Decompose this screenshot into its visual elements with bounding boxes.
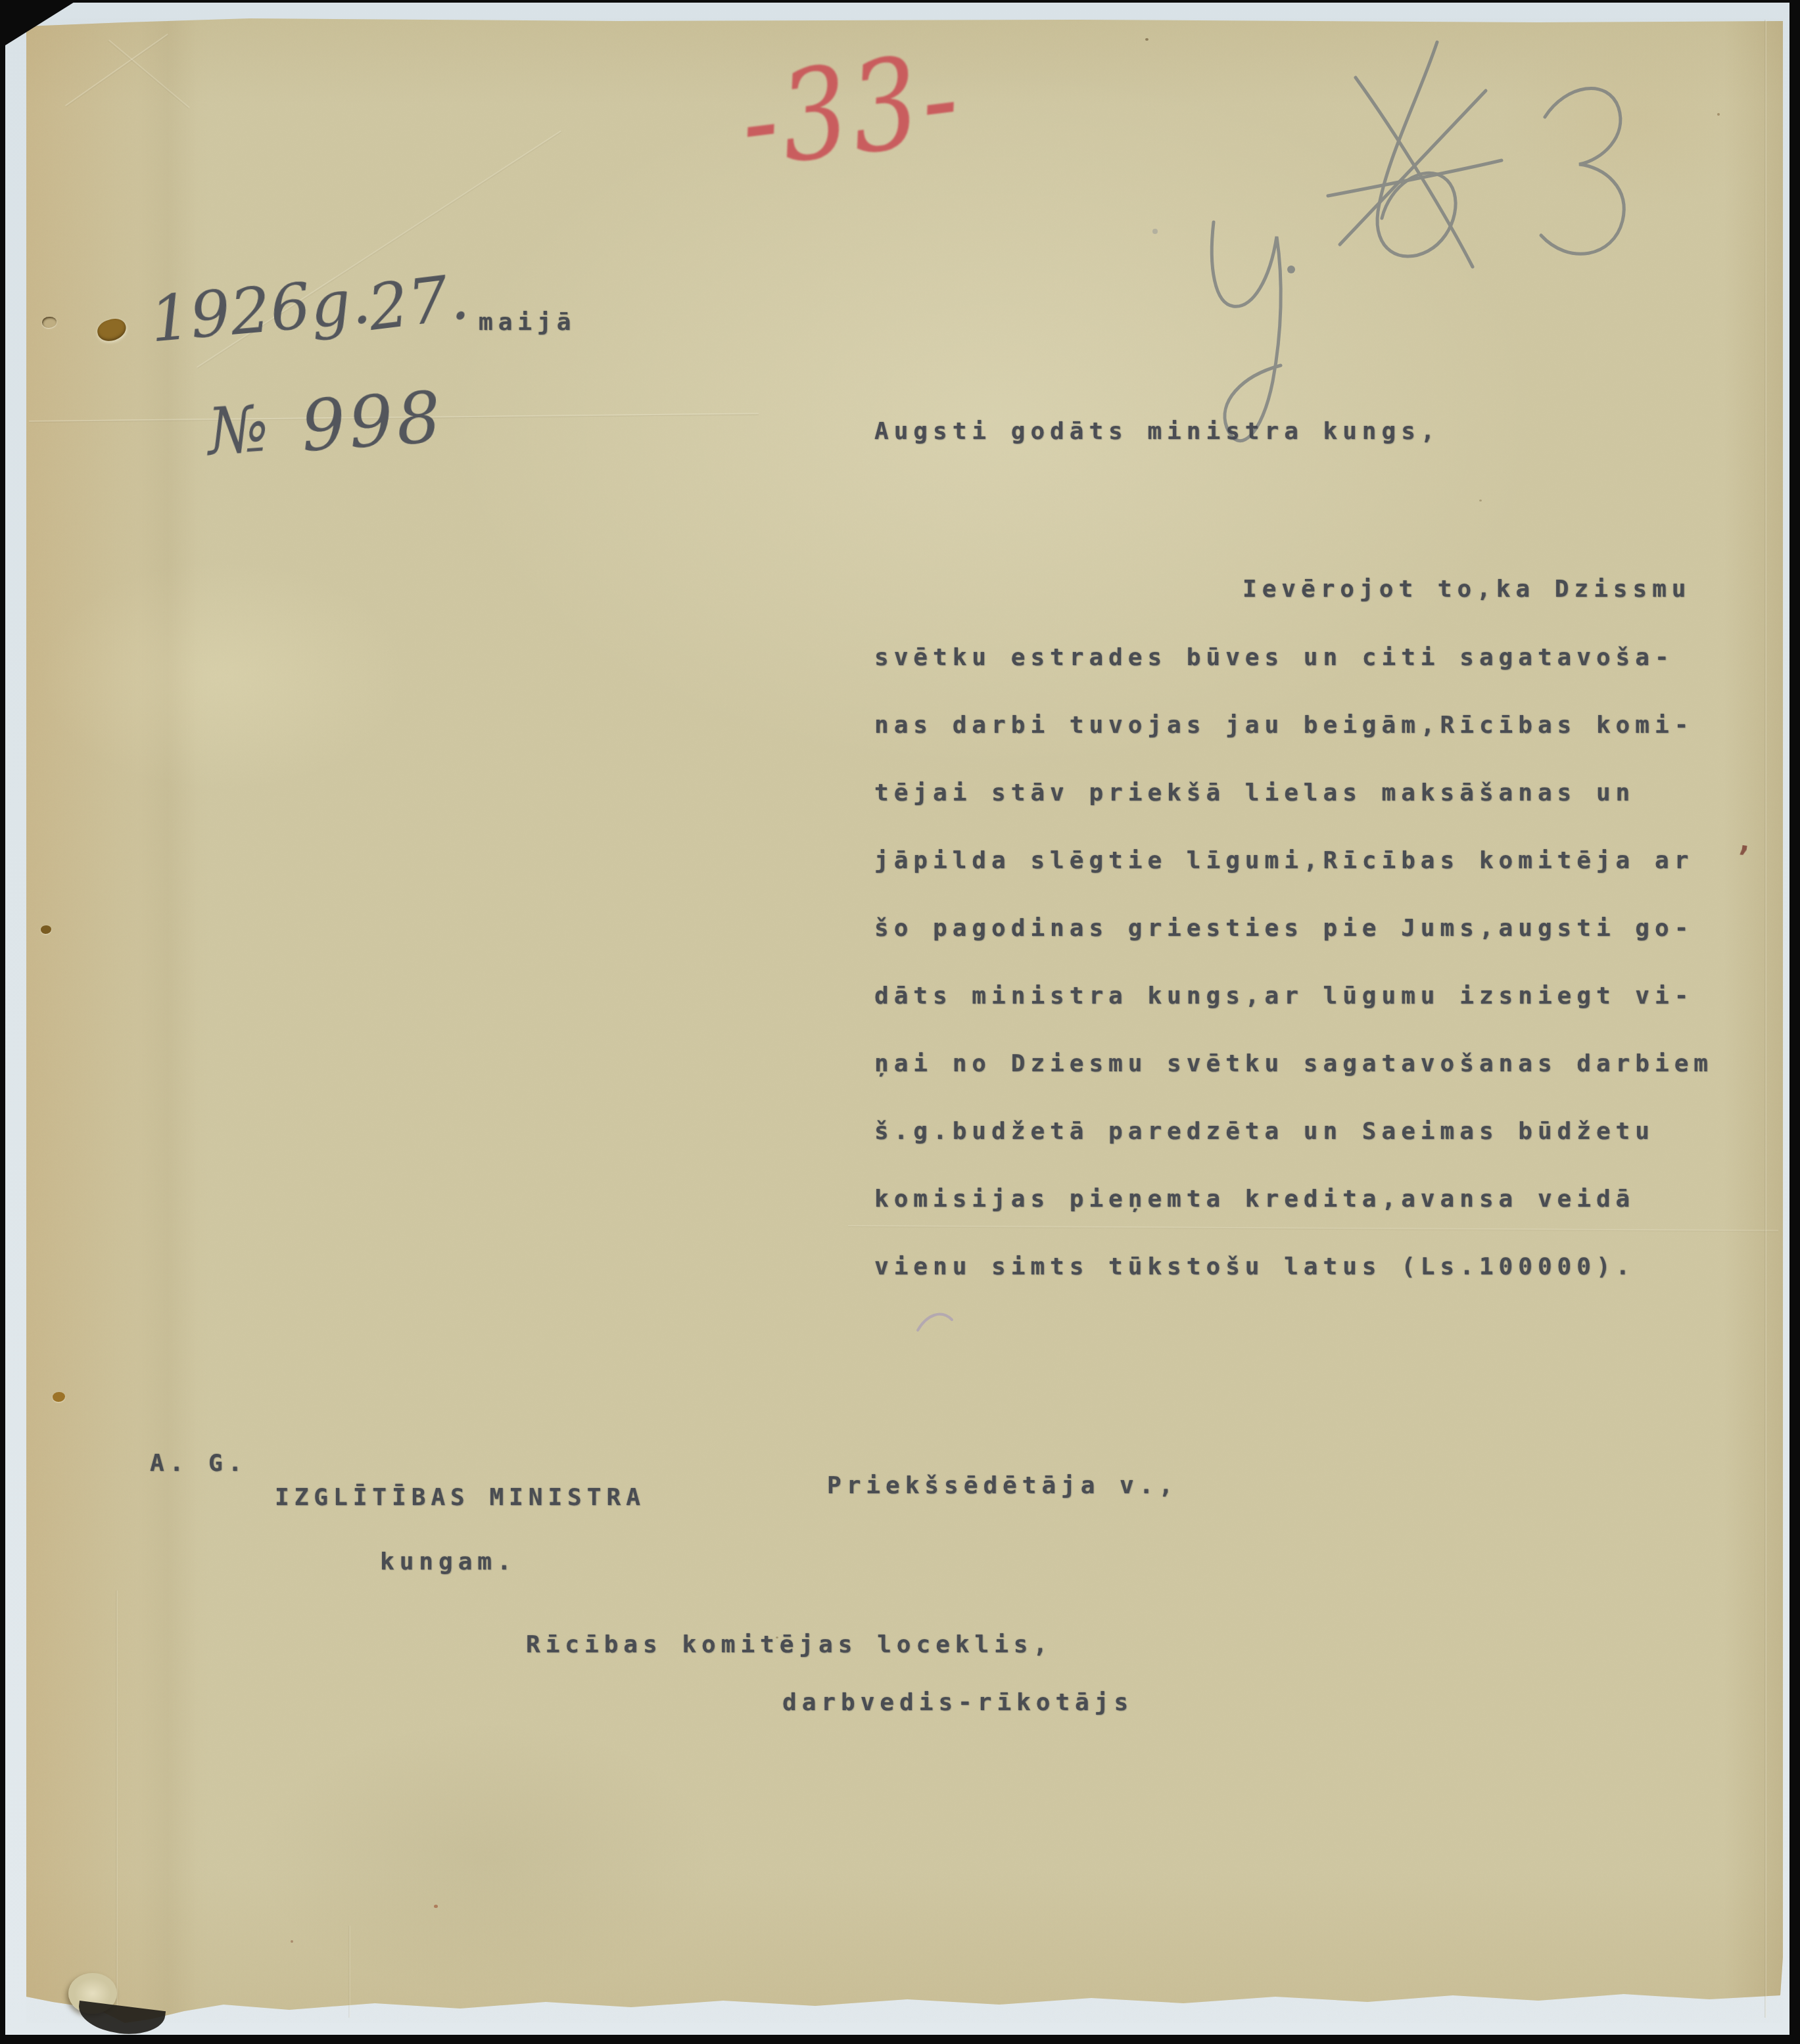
dust-speck [1717, 113, 1720, 116]
body-line: šo pagodinas griesties pie Jums,augsti g… [874, 915, 1693, 942]
crease-vertical-right [1764, 20, 1766, 2018]
body-line: vienu simts tūkstošu latus (Ls.100000). [874, 1253, 1635, 1280]
recipient-suffix: kungam. [380, 1548, 517, 1575]
number-value: 998 [298, 377, 446, 467]
number-sign: № [205, 391, 271, 470]
dust-speck [1145, 38, 1149, 41]
body-line: jāpilda slēgtie līgumi,Rīcības komitēja … [874, 847, 1693, 874]
body-line: Ievērojot to,ka Dzissmu [1243, 576, 1692, 603]
dust-speck [434, 1905, 438, 1908]
body-line: komisijas pieņemta kredita,avansa veidā [874, 1186, 1635, 1213]
crease-vertical-bottom-left [116, 1591, 118, 2011]
body-line: svētku estrades būves un citi sagatavoša… [874, 644, 1674, 671]
dust-speck [1479, 499, 1482, 501]
chairman-deputy: Priekšsēdētāja v., [827, 1472, 1178, 1499]
body-line: nas darbi tuvojas jau beigām,Rīcības kom… [874, 712, 1693, 739]
salutation: Augsti godāts ministra kungs, [874, 418, 1440, 445]
crease-vertical-bottom-mid [348, 1926, 350, 2018]
signer-line-2: darbvedis-rīkotājs [782, 1689, 1133, 1716]
date-handwritten-day: 27. [364, 260, 473, 345]
footer-annotation: A. G. [150, 1450, 247, 1477]
dust-speck [291, 1940, 293, 1943]
body-line: š.g.budžetā paredzēta un Saeimas būdžetu [874, 1118, 1655, 1145]
body-line: ņai no Dziesmu svētku sagatavošanas darb… [874, 1050, 1713, 1077]
recipient-title: IZGLĪTĪBAS MINISTRA [275, 1484, 646, 1511]
signer-line-1: Rīcības komitējas loceklis, [526, 1631, 1053, 1658]
body-line: dāts ministra kungs,ar lūgumu izsniegt v… [874, 983, 1693, 1010]
red-page-number: -33- [733, 24, 969, 195]
date-typed-month: maijā [479, 309, 576, 336]
scanned-letter-page: { "document": { "page_number_red": "-33-… [0, 0, 1800, 2044]
body-line: tējai stāv priekšā lielas maksāšanas un [874, 779, 1635, 806]
